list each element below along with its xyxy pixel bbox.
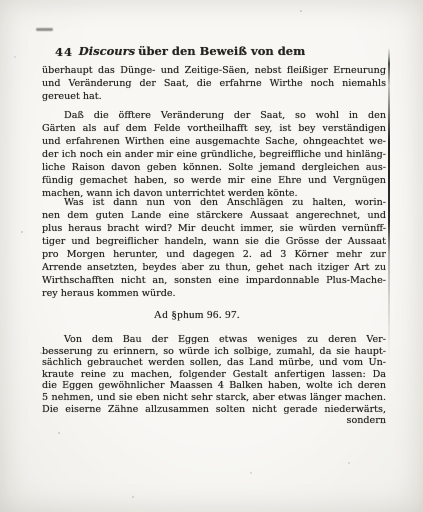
paragraph-1: überhaupt das Dünge- und Zeitige-Säen, n… [42,64,386,103]
text-line: Was ist dann nun von den Anschlägen zu h… [42,196,386,209]
text-line: besserung zu erinnern, so würde ich solb… [42,346,386,358]
running-header: Discoursüber den Beweiß von dem [42,44,342,58]
text-line: Arrende ansetzten, beydes aber zu thun, … [42,261,386,274]
text-line: sächlich gebrauchet werden sollen, das L… [42,357,386,369]
text-line: Gärten als auf dem Felde vortheilhafft s… [42,122,386,135]
text-line: liche Raison davon geben können. Solte j… [42,161,386,174]
section-heading: Ad §phum 96. 97. [42,309,352,321]
running-header-work-title: Discours [79,44,135,58]
text-line: Daß die öfftere Veränderung der Saat, so… [42,109,386,122]
scan-gutter-edge-line [388,48,390,360]
text-line: plus heraus bracht wird? Mir deucht imme… [42,222,386,235]
text-line: tiger und begreiflicher handeln, wann si… [42,235,386,248]
text-line: gereuet hat. [42,90,386,103]
text-line: nen dem guten Lande eine stärckere Aussa… [42,209,386,222]
scan-noise-specks [0,0,2,2]
text-line: 5 nehmen, und sie eben nicht sehr starck… [42,392,386,404]
text-line: und erfahrenen Wirthen eine ausgemachte … [42,135,386,148]
paragraph-3: Was ist dann nun von den Anschlägen zu h… [42,196,386,300]
text-line: die Eggen gewöhnlicher Maassen 4 Balken … [42,380,386,392]
catchword: sondern [42,415,386,427]
paragraph-2: Daß die öfftere Veränderung der Saat, so… [42,109,386,200]
text-line: überhaupt das Dünge- und Zeitige-Säen, n… [42,64,386,77]
text-line: und Veränderung der Saat, die erfahrne W… [42,77,386,90]
text-line: Von dem Bau der Eggen etwas weniges zu d… [42,334,386,346]
text-line: Wirthschafften nicht an, sonsten eine im… [42,274,386,287]
text-line: kraute reine zu machen, folgender Gestal… [42,369,386,381]
paragraph-4: Von dem Bau der Eggen etwas weniges zu d… [42,334,386,427]
text-line: Die eiserne Zähne allzusammen solten nic… [42,404,386,416]
text-line: rey heraus kommen würde. [42,287,386,300]
scan-smudge-dash [36,28,53,31]
scanned-page: 44 Discoursüber den Beweiß von dem überh… [0,0,423,512]
text-line: pro Morgen herunter, und dagegen 2. ad 3… [42,248,386,261]
text-line: fündig gemachet haben, so werde mir eine… [42,174,386,187]
running-header-rest: über den Beweiß von dem [138,44,305,58]
text-line: der ich noch ein ander mir eine gründlic… [42,148,386,161]
